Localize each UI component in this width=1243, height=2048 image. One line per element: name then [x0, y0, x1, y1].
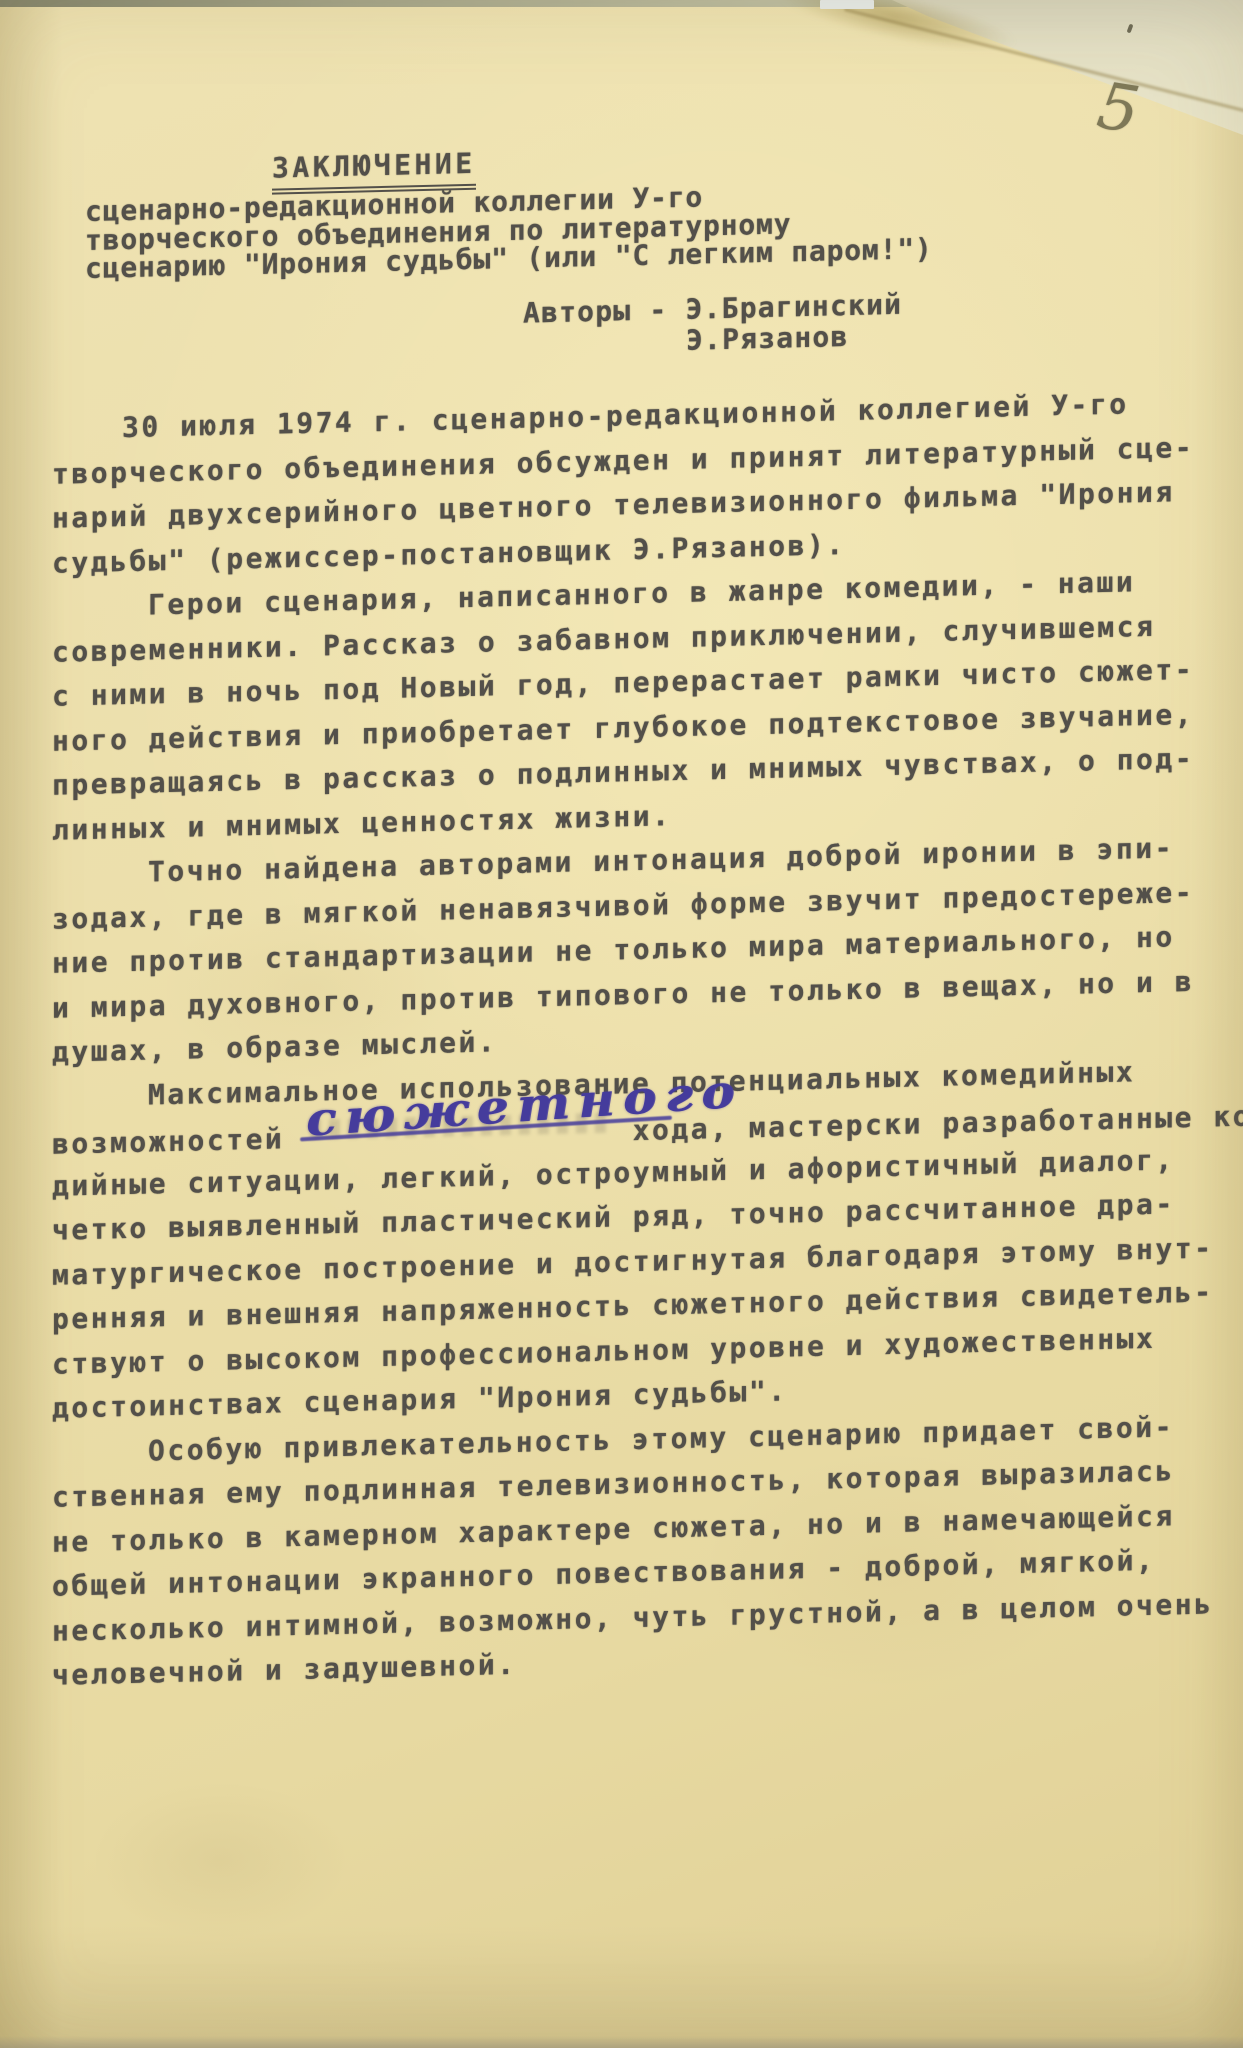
typed-text-layer: ЗАКЛЮЧЕНИЕ сценарно-редакционной коллеги… — [0, 0, 1243, 2048]
crossed-out-word: сюжетного — [304, 1106, 633, 1148]
document-body: 30 июля 1974 г. сценарно-редакционной ко… — [52, 378, 1243, 1698]
paragraph: Герои сценария, написанного в жанре коме… — [52, 556, 1243, 853]
scan-bottom-edge — [0, 2036, 1243, 2048]
typed-text: возможностей — [52, 1122, 304, 1161]
authors-block: Авторы - Э.БрагинскийЭ.Рязанов — [523, 289, 902, 360]
paragraph: Особую привлекательность этому сценарию … — [52, 1402, 1243, 1699]
paragraph: Точно найдена авторами интонация доброй … — [52, 823, 1243, 1075]
paragraph: 30 июля 1974 г. сценарно-редакционной ко… — [52, 378, 1243, 586]
paragraph: Максимальное использование потенциальных… — [52, 1046, 1243, 1432]
document-subtitle-block: сценарно-редакционной коллегии У-готворч… — [85, 178, 933, 283]
scanned-document-page: 5 ЗАКЛЮЧЕНИЕ сценарно-редакционной колле… — [0, 0, 1243, 2048]
